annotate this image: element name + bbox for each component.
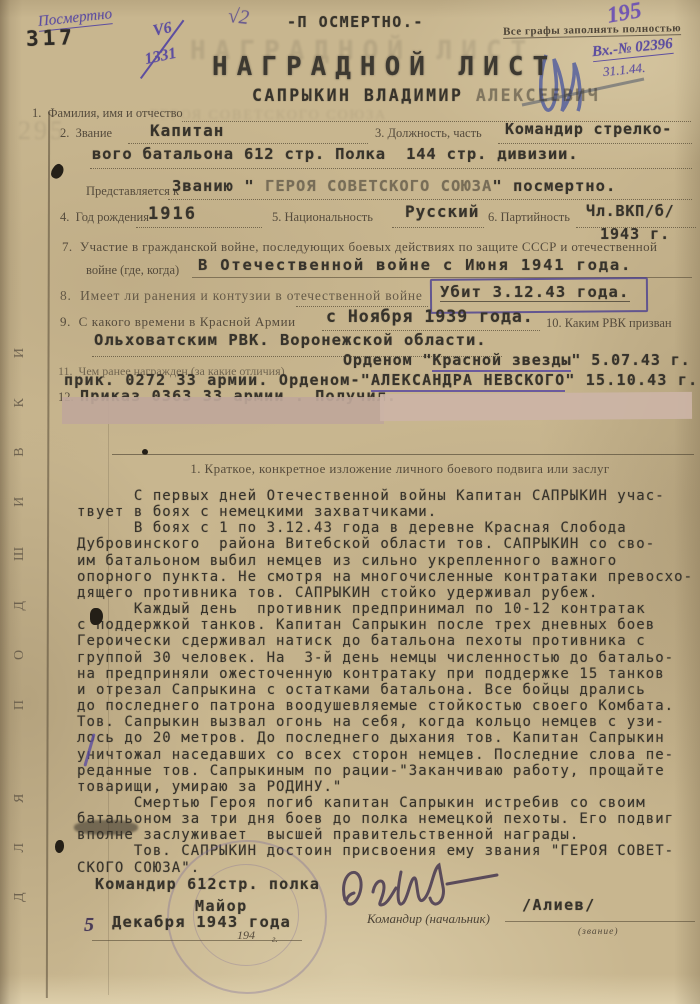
body-line: группой 30 человек. На 3-й день немцы чи… (77, 650, 693, 666)
award-2-date: " 15.10.43 г. (565, 371, 698, 389)
date-typed: Декабря 1943 года (112, 913, 291, 931)
field-8-value: Убит 3.12.43 года. (440, 283, 630, 302)
recipient-name-faded: АЛЕКСЕЕВИЧ (476, 86, 600, 105)
body-line: вполне заслуживает высшей правительствен… (77, 827, 693, 843)
field-2-label: 2. Звание (60, 126, 112, 141)
field-5-line (392, 227, 484, 228)
document-title: НАГРАДНОЙ ЛИСТ (212, 52, 557, 82)
field-3-value-line1: Командир стрелко- (505, 120, 672, 138)
redaction-block-left (62, 397, 384, 424)
field-9-label: 9. С какого времени в Красной Армии (60, 314, 296, 330)
body-line: товарищи, умираю за РОДИНУ." (77, 779, 693, 795)
field-2-value: Капитан (150, 121, 224, 140)
presented-value-part2: ГЕРОЯ СОВЕТСКОГО СОЮЗА (265, 177, 492, 195)
signature-name-typed: /Алиев/ (522, 896, 596, 914)
field-4-label: 4. Год рождения (60, 210, 149, 225)
ink-blot (55, 840, 64, 853)
section-heading: 1. Краткое, конкретное изложение личного… (120, 461, 680, 477)
margin-rule (46, 112, 50, 998)
redaction-block-right (380, 392, 692, 421)
field-6-line (576, 227, 696, 228)
field-11-value-line1: Орденом "Красной звезды" 5.07.43 г. (343, 351, 691, 369)
posthumous-typed-note: -П ОСМЕРТНО.- (287, 13, 424, 31)
field-8-label: 8. Имеет ли ранения и контузии в отечест… (60, 288, 423, 304)
field-5-value: Русский (405, 202, 479, 221)
signature-caption: Командир (начальник) (367, 911, 490, 927)
body-line: на предприняли ожесточенную контратаку п… (77, 666, 693, 682)
body-line: до последнего патрона воодушевляемые сто… (77, 698, 693, 714)
field-6-label: 6. Партийность (488, 210, 570, 225)
body-line: уничтожал наседавших со всех сторон немц… (77, 747, 693, 763)
presented-value-part1: Званию " (172, 177, 265, 195)
body-line: лось до 20 метров. До последнего дыхания… (77, 730, 693, 746)
field-5-label: 5. Национальность (272, 210, 373, 225)
field-7-value: В Отечественной войне с Июня 1941 года. (198, 256, 632, 274)
ink-blot (49, 162, 67, 181)
award-sheet-document: ДЛЯ ПОДШИВКИ Посмертно 295 317 V6 1331 √… (0, 0, 700, 1004)
body-line: твует в боях с немецкими захватчиками. (77, 504, 693, 520)
field-10-value: Ольховатским РВК. Воронежской области. (94, 331, 487, 349)
citation-body: С первых дней Отечественной войны Капита… (77, 488, 693, 876)
field-1-label: 1. Фамилия, имя и отчество (32, 106, 183, 121)
field-3-value-line2: вого батальона 612 стр. Полка 144 стр. д… (92, 145, 578, 163)
field-3-label: 3. Должность, часть (375, 126, 482, 141)
body-line: Каждый день противник предпринимал по 10… (77, 601, 693, 617)
field-10-label: 10. Каким РВК призван (546, 316, 672, 331)
field-7-label-line1: 7. Участие в гражданской войне, последую… (62, 239, 657, 255)
body-line: Тов. САПРЫКИН достоин присвоения ему зва… (77, 843, 693, 859)
body-line: Смертью Героя погиб капитан Сапрыкин ист… (77, 795, 693, 811)
signature-scribble-icon (335, 860, 510, 916)
body-line: В боях с 1 по 3.12.43 года в деревне Кра… (77, 520, 693, 536)
award-1-date: " 5.07.43 г. (571, 351, 690, 369)
recipient-name: САПРЫКИН ВЛАДИМИР АЛЕКСЕЕВИЧ (252, 86, 600, 105)
date-day-handwritten: 5 (84, 914, 94, 937)
check-mark: √2 (227, 5, 250, 30)
field-2-line (128, 143, 368, 144)
award-1-prefix: Орденом " (343, 351, 432, 369)
presented-for-line (168, 199, 692, 200)
body-line: батальоном за три дня боев до полка неме… (77, 811, 693, 827)
field-7-label-line2: войне (где, когда) (86, 263, 179, 278)
rank-caption: (звание) (578, 927, 619, 937)
section-separator-line (112, 454, 694, 455)
body-line: с поддержкой танков. Капитан Сапрыкин по… (77, 617, 693, 633)
body-line: дящего противника тов. САПРЫКИН стойко у… (77, 585, 693, 601)
field-3-line (498, 143, 692, 144)
body-line: Тов. Сапрыкин вызвал огонь на себя, когд… (77, 714, 693, 730)
body-line: им батальоном выбил немцев из сильно укр… (77, 553, 693, 569)
body-line: и отрезал Сапрыкина с остатками батальон… (77, 682, 693, 698)
ink-smudge (74, 820, 138, 835)
filing-margin-text: ДЛЯ ПОДШИВКИ (12, 242, 28, 902)
signature-line (505, 921, 695, 922)
field-4-value: 1916 (148, 204, 197, 224)
field-4-line (136, 227, 262, 228)
printed-year: 194 (237, 928, 255, 943)
presented-for-value: Званию " ГЕРОЯ СОВЕТСКОГО СОЮЗА" посмерт… (172, 177, 616, 195)
recipient-name-main: САПРЫКИН ВЛАДИМИР (252, 86, 476, 105)
presented-for-label: Представляется к (86, 184, 179, 199)
award-1-name: Красной звезды (432, 351, 571, 372)
commander-unit-line: Командир 612стр. полка (95, 875, 320, 893)
body-line: опорного пункта. Не смотря на многочисле… (77, 569, 693, 585)
document-number-stamp: 317 (26, 25, 77, 51)
printed-year-suffix: г. (272, 934, 278, 944)
presented-value-part3: " посмертно. (492, 177, 616, 195)
body-line: реданные тов. Сапрыкиным по рации-"Закан… (77, 763, 693, 779)
field-9-value: с Ноября 1939 года. (326, 307, 534, 326)
date-line (92, 940, 302, 941)
body-line: Дубровинского района Витебской области т… (77, 536, 693, 552)
field-3-line2 (90, 168, 692, 169)
body-line: С первых дней Отечественной войны Капита… (77, 488, 693, 504)
award-2-name: АЛЕКСАНДРА НЕВСКОГО (371, 371, 565, 392)
field-6-value-line1: Чл.ВКП/б/ (586, 202, 674, 220)
body-line: Героически сдерживал натиск до батальона… (77, 633, 693, 649)
